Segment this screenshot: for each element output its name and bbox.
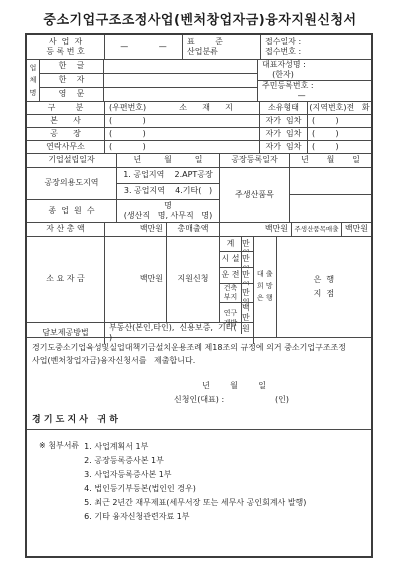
hanja-value-cell — [104, 74, 258, 87]
company-name-row-hanja: 한 자 — [40, 74, 258, 88]
addr-header-ownership: 소유형태 — [260, 102, 308, 114]
application-form-page: 중소기업구조조정사업(벤처창업자금)융자지원신청서 사 업 자 등 록 번 호 … — [0, 0, 400, 565]
row-establishment-dates: 기업설립일자 년 월 일 공장등록일자 년 월 일 — [27, 154, 371, 168]
factory-address-cell: ( ) — [105, 128, 260, 140]
fund-item-total-label: 계 — [220, 237, 242, 251]
declaration-cell: 경기도중소기업육성및실업대책기금설치운용조례 제18조의 규정에 의거 중소기업… — [27, 338, 371, 429]
hanja-label: 한 자 — [40, 74, 104, 87]
hangul-label: 한 글 — [40, 60, 104, 73]
main-product-value-cell-2 — [290, 195, 371, 222]
founding-date-value-cell: 년 월 일 — [117, 154, 220, 167]
resident-no-cell-row: 주민등록번호 : — — [258, 81, 371, 102]
row-liaison-office: 연락사무소 ( ) 자가 임차 ( ) — [27, 141, 371, 154]
addr-header-sojaeji: (우편번호) 소 재 지 — [105, 102, 260, 114]
attachments-list: 1. 사업계획서 1부 2. 공장등록증사본 1부 3. 사업자등록증사본 1부… — [84, 440, 306, 524]
hangul-value-cell — [104, 60, 258, 73]
biz-reg-value-cell: — — — [105, 35, 183, 59]
total-sales-unit-cell: 백만원 — [220, 223, 292, 236]
declaration-text: 경기도중소기업육성및실업대책기금설치운용조례 제18조의 규정에 의거 중소기업… — [32, 342, 366, 368]
attachments-marker: ※ 첨부서류 — [39, 440, 79, 451]
head-office-ownership: 자가 임차 — [260, 115, 308, 127]
block-funds: 소 요 자 금 백만원 지원신청 계 백만원 시 설 백만원 운 전 — [27, 237, 371, 338]
factory-ownership: 자가 임차 — [260, 128, 308, 140]
row-assets-sales: 자 산 총 액 백만원 총매출액 백만원 주생산품목매출 백만원 — [27, 223, 371, 237]
fund-item-total-unit: 백만원 — [242, 237, 254, 251]
factory-reg-date-label: 공장등록일자 — [220, 154, 290, 167]
ceo-info-column: 대표자성명 : (한자) 주민등록번호 : — — [258, 60, 371, 101]
addr-header-tel: (지역번호)전 화 — [308, 102, 371, 114]
liaison-office-label: 연락사무소 — [27, 141, 105, 153]
product-sales-unit-cell: 백만원 — [342, 223, 371, 236]
company-name-rows: 한 글 한 자 영 문 — [40, 60, 258, 101]
total-assets-unit-cell: 백만원 — [105, 223, 167, 236]
total-assets-label: 자 산 총 액 — [27, 223, 105, 236]
ceo-name-cell-row: 대표자성명 : (한자) — [258, 60, 371, 81]
english-value-cell — [104, 88, 258, 101]
liaison-office-tel-cell: ( ) — [308, 141, 371, 153]
fund-item-operating-unit: 백만원 — [242, 268, 254, 283]
fund-item-facility-unit: 백만원 — [242, 252, 254, 267]
fund-item-construction-label: 건축 부지 — [220, 284, 242, 302]
required-funds-unit-cell: 백만원 — [105, 237, 167, 322]
row-biz-reg: 사 업 자 등 록 번 호 — — 표 준 산업분류 접수일자 : 접수번호 : — [27, 35, 371, 60]
row-attachments: ※ 첨부서류 1. 사업계획서 1부 2. 공장등록증사본 1부 3. 사업자등… — [27, 430, 371, 556]
factory-label: 공 장 — [27, 128, 105, 140]
recipient-governor: 경 기 도 지 사 귀 하 — [32, 412, 366, 425]
english-label: 영 문 — [40, 88, 104, 101]
zone-option-line2: 3. 공업지역 4.기타( ) — [117, 184, 220, 199]
ceo-name-cell: 대표자성명 : (한자) — [258, 60, 371, 80]
attachment-item: 6. 기타 융자신청관련자료 1부 — [84, 510, 306, 524]
zone-options-column: 1. 공업지역 2.APT공장 3. 공업지역 4.기타( ) 명 (생산직 명… — [117, 168, 220, 222]
total-sales-label: 총매출액 — [167, 223, 220, 236]
addr-header-gubun: 구 분 — [27, 102, 105, 114]
attachments-cell: ※ 첨부서류 1. 사업계획서 1부 2. 공장등록증사본 1부 3. 사업자등… — [27, 430, 371, 556]
attachment-item: 3. 사업자등록증사본 1부 — [84, 468, 306, 482]
biz-reg-label: 사 업 자 등 록 번 호 — [27, 35, 105, 59]
employee-count-label: 종 업 원 수 — [27, 200, 117, 222]
support-application-label: 지원신청 — [167, 237, 220, 322]
fund-item-operating: 운 전 백만원 — [220, 268, 254, 284]
form-title: 중소기업구조조정사업(벤처창업자금)융자지원신청서 — [0, 9, 400, 28]
company-name-row-hangul: 한 글 — [40, 60, 258, 74]
head-office-address-cell: ( ) — [105, 115, 260, 127]
fund-item-construction: 건축 부지 백만원 — [220, 284, 254, 303]
attachment-item: 2. 공장등록증사본 1부 — [84, 454, 306, 468]
founding-date-label: 기업설립일자 — [27, 154, 117, 167]
factory-reg-date-value-cell: 년 월 일 — [290, 154, 371, 167]
row-company-name: 업 체 명 한 글 한 자 영 문 대표자성명 : (한자) — [27, 60, 371, 102]
main-product-value-column — [290, 168, 371, 222]
liaison-office-address-cell: ( ) — [105, 141, 260, 153]
required-funds-label: 소 요 자 금 — [27, 237, 105, 322]
funds-left-stack: 소 요 자 금 백만원 지원신청 계 백만원 시 설 백만원 운 전 — [27, 237, 254, 337]
liaison-office-ownership: 자가 임차 — [260, 141, 308, 153]
attachment-item: 1. 사업계획서 1부 — [84, 440, 306, 454]
factory-tel-cell: ( ) — [308, 128, 371, 140]
head-office-tel-cell: ( ) — [308, 115, 371, 127]
product-sales-label: 주생산품목매출 — [292, 223, 342, 236]
attachment-item: 5. 최근 2년간 재무제표(세무서장 또는 세무사 공인회계사 발행) — [84, 496, 306, 510]
zone-option-line1: 1. 공업지역 2.APT공장 — [117, 168, 220, 183]
main-product-label: 주생산품목 — [220, 168, 290, 222]
main-product-value-cell-1 — [290, 168, 371, 194]
fund-item-operating-label: 운 전 — [220, 268, 242, 283]
form-table: 사 업 자 등 록 번 호 — — 표 준 산업분류 접수일자 : 접수번호 :… — [25, 33, 373, 558]
resident-no-cell: 주민등록번호 : — — [258, 81, 371, 102]
row-declaration: 경기도중소기업육성및실업대책기금설치운용조례 제18조의 규정에 의거 중소기업… — [27, 338, 371, 430]
desired-bank-label: 대 출 희 망 은 행 — [254, 237, 277, 337]
block-zone-employees: 공장의용도지역 종 업 원 수 1. 공업지역 2.APT공장 3. 공업지역 … — [27, 168, 371, 223]
zone-label: 공장의용도지역 — [27, 168, 117, 199]
zone-label-column: 공장의용도지역 종 업 원 수 — [27, 168, 117, 222]
fund-item-construction-unit: 백만원 — [242, 284, 254, 302]
receipt-info-cell: 접수일자 : 접수번호 : — [261, 35, 371, 59]
row-address-header: 구 분 (우편번호) 소 재 지 소유형태 (지역번호)전 화 — [27, 102, 371, 115]
fund-items-column: 계 백만원 시 설 백만원 운 전 백만원 건축 부지 — [220, 237, 254, 322]
applicant-line: 신청인(대표) : (인) — [122, 394, 341, 405]
funds-main-row: 소 요 자 금 백만원 지원신청 계 백만원 시 설 백만원 운 전 — [27, 237, 254, 323]
company-name-row-english: 영 문 — [40, 88, 258, 101]
company-name-vertical-label: 업 체 명 — [27, 60, 40, 101]
bank-branch-cell: 은 행 지 점 — [277, 237, 371, 337]
std-industry-class-label: 표 준 산업분류 — [183, 35, 261, 59]
row-head-office: 본 사 ( ) 자가 임차 ( ) — [27, 115, 371, 128]
row-factory: 공 장 ( ) 자가 임차 ( ) — [27, 128, 371, 141]
head-office-label: 본 사 — [27, 115, 105, 127]
signature-date-line: 년 월 일 — [142, 380, 326, 391]
fund-item-facility-label: 시 설 — [220, 252, 242, 267]
employee-count-value-cell: 명 (생산직 명, 사무직 명) — [117, 200, 220, 222]
attachment-item: 4. 법인등기부등본(법인인 경우) — [84, 482, 306, 496]
fund-item-facility: 시 설 백만원 — [220, 252, 254, 268]
fund-item-total: 계 백만원 — [220, 237, 254, 252]
